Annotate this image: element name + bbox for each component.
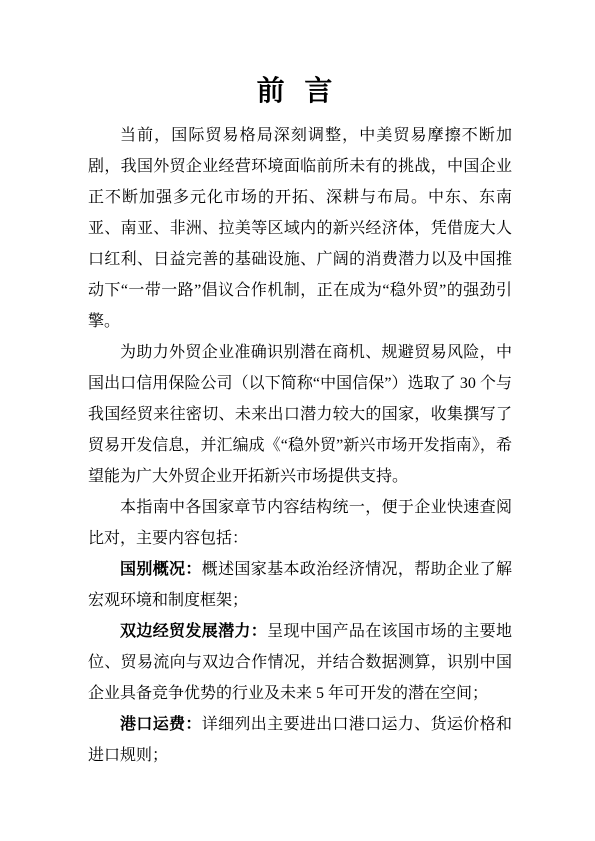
paragraph-country-overview: 国别概况：概述国家基本政治经济情况，帮助企业了解宏观环境和制度框架；	[88, 554, 512, 616]
paragraph-text: 当前，国际贸易格局深刻调整，中美贸易摩擦不断加剧，我国外贸企业经营环境面临前所未…	[88, 127, 512, 330]
paragraph-bilateral-trade-potential: 双边经贸发展潜力：呈现中国产品在该国市场的主要地位、贸易流向与双边合作情况，并结…	[88, 616, 512, 709]
paragraph-lead-port-freight: 港口运费：	[120, 716, 202, 733]
paragraph-lead-country-overview: 国别概况：	[120, 561, 202, 578]
preface-title: 前 言	[0, 74, 595, 108]
paragraph-intro-1: 当前，国际贸易格局深刻调整，中美贸易摩擦不断加剧，我国外贸企业经营环境面临前所未…	[88, 120, 512, 337]
paragraph-port-freight: 港口运费：详细列出主要进出口港口运力、货运价格和进口规则；	[88, 709, 512, 771]
paragraph-lead-bilateral-trade-potential: 双边经贸发展潜力：	[120, 623, 267, 640]
paragraph-text: 为助力外贸企业准确识别潜在商机、规避贸易风险，中国出口信用保险公司（以下简称“中…	[88, 344, 512, 485]
paragraph-structure-note: 本指南中各国家章节内容结构统一，便于企业快速查阅比对，主要内容包括：	[88, 492, 512, 554]
paragraph-intro-2: 为助力外贸企业准确识别潜在商机、规避贸易风险，中国出口信用保险公司（以下简称“中…	[88, 337, 512, 492]
body-text: 当前，国际贸易格局深刻调整，中美贸易摩擦不断加剧，我国外贸企业经营环境面临前所未…	[88, 120, 512, 771]
document-page: 前 言 当前，国际贸易格局深刻调整，中美贸易摩擦不断加剧，我国外贸企业经营环境面…	[0, 0, 595, 841]
paragraph-text: 本指南中各国家章节内容结构统一，便于企业快速查阅比对，主要内容包括：	[88, 499, 512, 547]
